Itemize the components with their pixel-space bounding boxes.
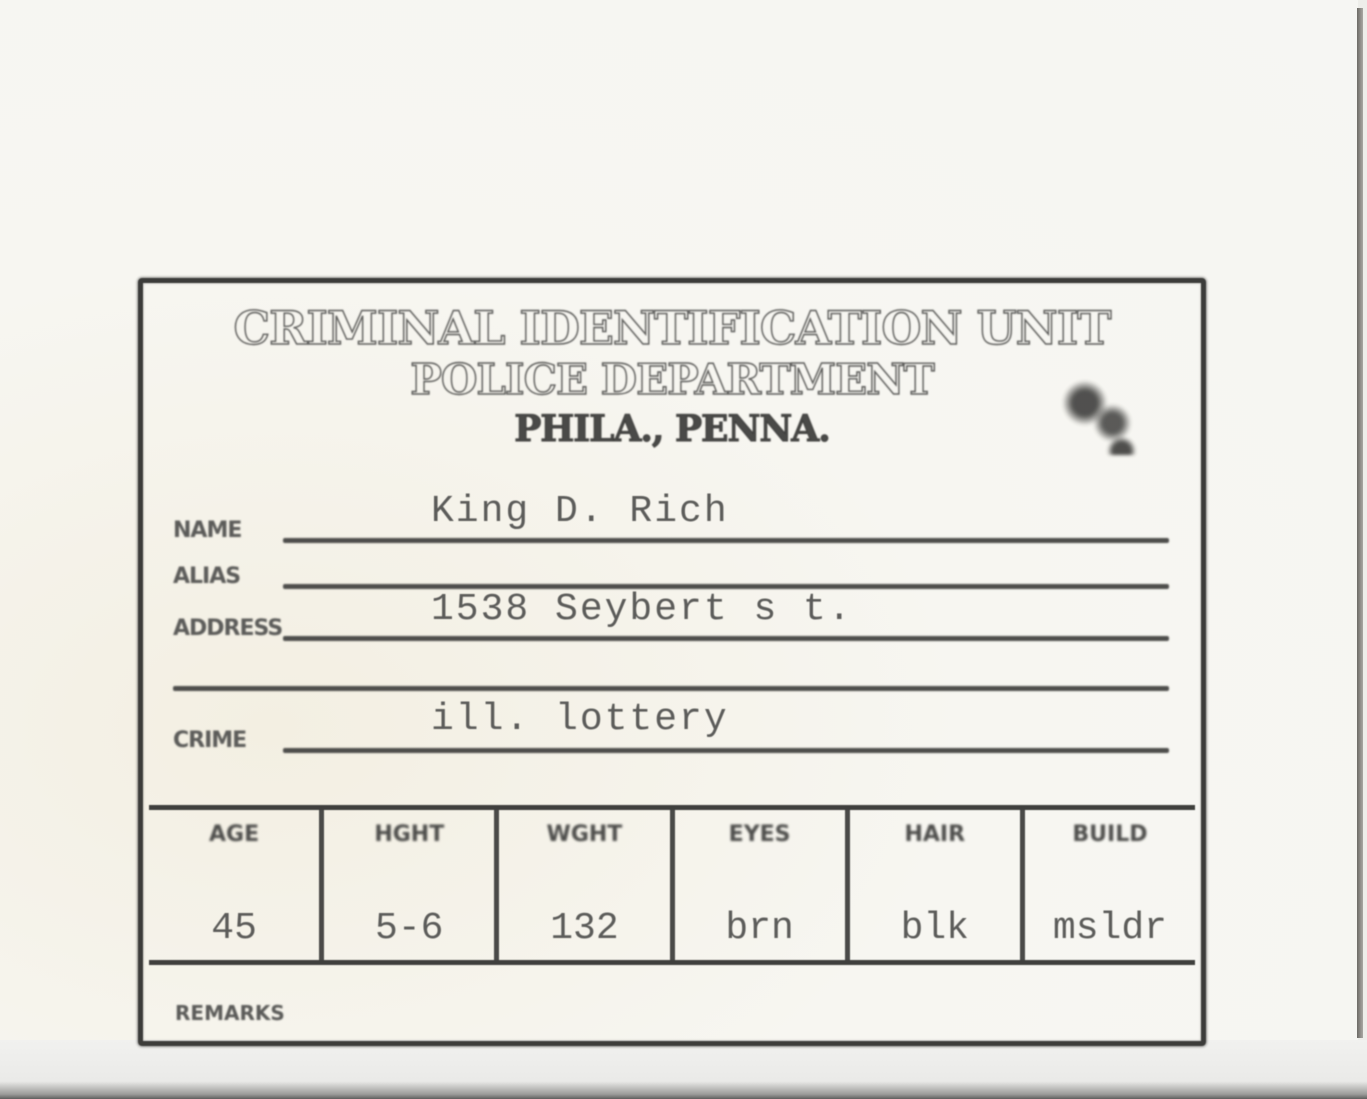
field-label: NAME <box>173 518 241 543</box>
stat-weight: WGHT 132 <box>499 810 674 960</box>
stamp-header: CRIMINAL IDENTIFICATION UNIT POLICE DEPA… <box>143 303 1201 449</box>
stat-age: AGE 45 <box>149 810 324 960</box>
stat-label: BUILD <box>1025 822 1195 847</box>
field-alias: ALIAS <box>173 541 1169 591</box>
stats-grid: AGE 45 HGHT 5-6 WGHT 132 EYES brn HAIR b… <box>149 805 1195 965</box>
field-underline <box>283 636 1169 641</box>
stat-value: 132 <box>499 907 669 950</box>
header-city: PHILA., PENNA. <box>143 409 1201 449</box>
paper-edge-shadow <box>1357 8 1363 1038</box>
stat-value: brn <box>675 907 845 950</box>
stat-value: 45 <box>149 907 319 950</box>
field-divider <box>173 701 1169 751</box>
field-underline <box>173 686 1169 691</box>
stat-eyes: EYES brn <box>675 810 850 960</box>
stat-label: EYES <box>675 822 845 847</box>
field-label: ADDRESS <box>173 616 282 641</box>
field-value: 1538 Seybert s t. <box>431 588 853 631</box>
remarks-label: REMARKS <box>175 1001 285 1025</box>
table-surface <box>0 1040 1367 1099</box>
field-blank <box>173 643 1169 693</box>
field-address: ADDRESS 1538 Seybert s t. <box>173 593 1169 643</box>
stat-value: 5-6 <box>324 907 494 950</box>
ink-smudge <box>1048 375 1140 455</box>
identification-stamp: CRIMINAL IDENTIFICATION UNIT POLICE DEPA… <box>138 278 1206 1046</box>
field-label: ALIAS <box>173 564 240 589</box>
header-unit: CRIMINAL IDENTIFICATION UNIT <box>143 303 1201 353</box>
stat-label: HAIR <box>850 822 1020 847</box>
field-name: NAME King D. Rich <box>173 495 1169 545</box>
stat-build: BUILD msldr <box>1025 810 1195 960</box>
field-value: King D. Rich <box>431 490 729 533</box>
stat-label: WGHT <box>499 822 669 847</box>
header-department: POLICE DEPARTMENT <box>143 357 1201 403</box>
stat-value: msldr <box>1025 907 1195 950</box>
stat-height: HGHT 5-6 <box>324 810 499 960</box>
stat-value: blk <box>850 907 1020 950</box>
stat-label: AGE <box>149 822 319 847</box>
stat-label: HGHT <box>324 822 494 847</box>
stat-hair: HAIR blk <box>850 810 1025 960</box>
